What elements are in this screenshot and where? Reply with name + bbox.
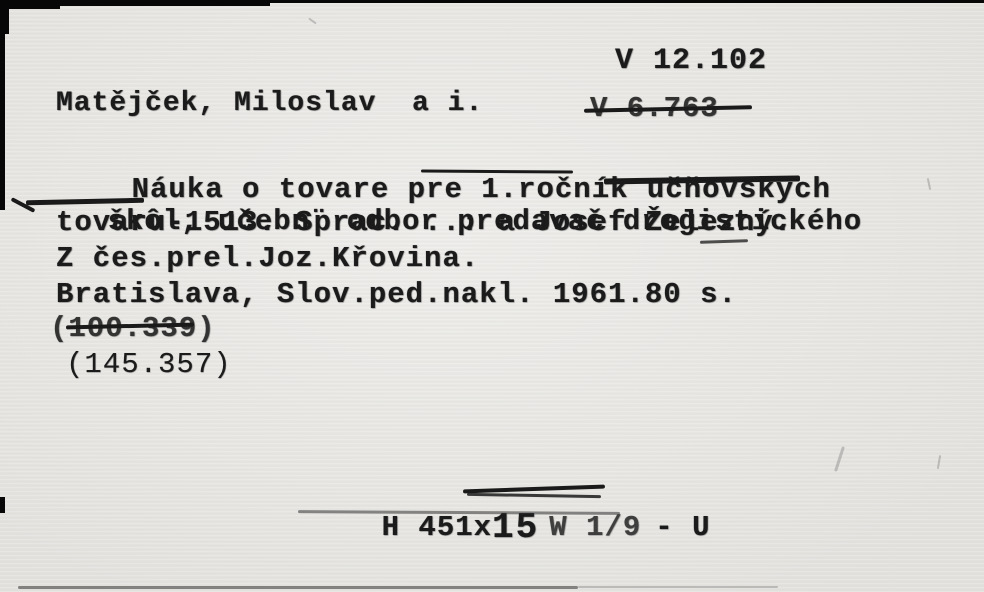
accession-number: (145.357) <box>66 348 232 381</box>
translation-note: Z čes.prel.Joz.Křovina. <box>56 242 479 275</box>
call-number: V 12.102 <box>615 44 767 78</box>
pencil-smudge <box>927 178 931 190</box>
scan-edge-left-top <box>0 0 9 34</box>
catalog-card-scan: V 12.102 V 6.763 Matějček, Miloslav a i.… <box>0 0 984 592</box>
scan-edge-left-nub <box>0 497 5 513</box>
scan-edge-bottom-right <box>578 586 778 588</box>
shelfmark-prefix: H 451x <box>382 511 492 544</box>
pencil-smudge <box>937 455 941 469</box>
author-heading: Matějček, Miloslav a i. <box>56 88 483 119</box>
shelfmark-struck: W 1/9 <box>549 511 641 544</box>
pencil-smudge <box>308 18 317 25</box>
imprint-line: Bratislava, Slov.ped.nakl. 1961.80 s. <box>56 278 737 311</box>
scan-edge-bottom <box>18 586 578 589</box>
title-line-3: tovaru-1513. Sprac. ..: a Josef Železný. <box>56 206 792 239</box>
shelfmark-suffix: - U <box>655 511 710 544</box>
pencil-smudge <box>834 446 845 472</box>
scan-corner-top-left <box>0 0 60 9</box>
